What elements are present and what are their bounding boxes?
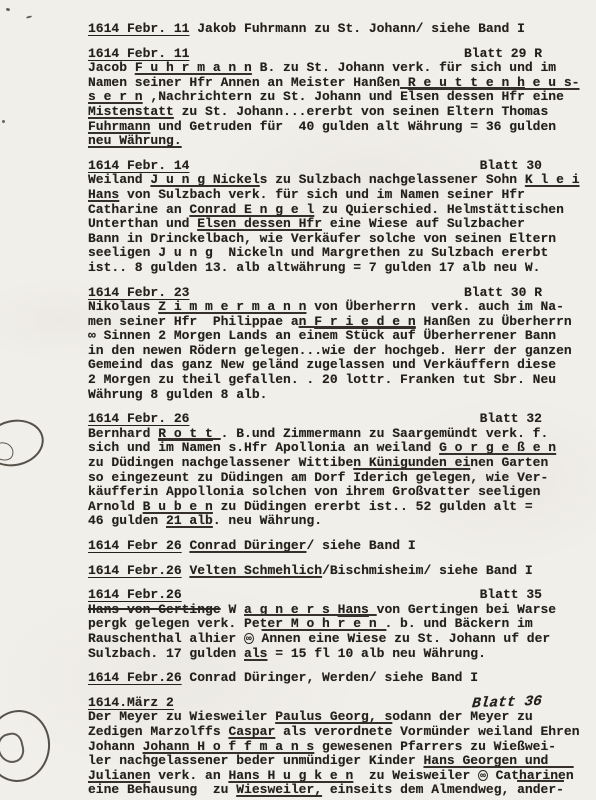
- text-segment: Jacob: [88, 60, 135, 75]
- underlined-text: B u b e n: [143, 499, 213, 514]
- text-segment: sich und: [88, 440, 158, 455]
- register-entry: 1614 Febr.26 Velten Schmehlich/Bischmish…: [88, 564, 578, 579]
- text-segment: Der Meyer zu Wiesweiler: [88, 709, 275, 724]
- underlined-text: K l e i: [525, 172, 580, 187]
- text-segment: = 15 fl 10 alb neu Währung.: [267, 646, 485, 661]
- text-line: Nikolaus Z i m m e r m a n n von Überher…: [88, 300, 578, 315]
- text-line: Jacob F u h r m a n n B. zu St. Johann v…: [88, 61, 578, 76]
- struck-text: Hans von Gertinge: [88, 602, 221, 617]
- text-line: Zedigen Marzolffs Caspar als verordnete …: [88, 725, 578, 740]
- text-line: 46 gulden 21 alb. neu Währung.: [88, 514, 578, 529]
- text-segment: Zedigen Marzolffs: [88, 724, 228, 739]
- text-segment: Gemeind das ganz New geländ zugelassen u…: [88, 357, 556, 372]
- register-entry: 1614 Febr. 11 Jakob Fuhrmann zu St. Joha…: [88, 22, 578, 37]
- text-segment: zu St. Johann...ererbt von seinen Eltern…: [174, 104, 548, 119]
- entry-header: 1614 Febr. 11Blatt 29 R: [88, 47, 578, 62]
- underlined-text: Hans H u g k e n: [228, 768, 353, 783]
- underlined-text: F u h r m a n n: [135, 60, 252, 75]
- text-segment: Peter M o h r e n: [244, 616, 377, 631]
- text-line: so eingezeunt zu Düdingen am Dorf Ideric…: [88, 471, 578, 486]
- text-segment: in den newen Rödern gelegen...wie der ho…: [88, 343, 572, 358]
- document-page: 1614 Febr. 11 Jakob Fuhrmann zu St. Joha…: [0, 0, 596, 800]
- text-line: 1614 Febr 26 Conrad Düringer/ siehe Band…: [88, 539, 578, 554]
- underlined-text: Hans Georgen: [423, 753, 517, 768]
- text-line: pergk gelegen verk. Peter M o h r e n . …: [88, 617, 578, 632]
- entry-header: 1614 Febr. 23Blatt 30 R: [88, 286, 578, 301]
- text-segment: /Bischmisheim/ siehe Band I: [322, 563, 533, 578]
- text-segment: Annen eine Wiese: [262, 631, 387, 646]
- underlined-text: Caspar: [228, 724, 275, 739]
- register-entry: 1614 Febr.26Blatt 35Hans von Gertinge W …: [88, 588, 578, 661]
- text-line: Johann Johann H o f f m a n s gewesenen …: [88, 740, 578, 755]
- entry-date: 1614 Febr. 14: [88, 159, 189, 174]
- blatt-ref: Blatt 30: [480, 159, 542, 174]
- text-segment: Nickels zu Sulzbach nachgelassener Sohn: [205, 172, 525, 187]
- text-segment: einem Stück auf: [299, 328, 416, 343]
- underlined-text: Wiesweiler,: [236, 782, 322, 797]
- underlined-text: Hans: [88, 187, 119, 202]
- register-entry: 1614 Febr. 11Blatt 29 RJacob F u h r m a…: [88, 47, 578, 149]
- text-segment: . neu Währung.: [213, 513, 322, 528]
- text-line: käufferin Appollonia solchen von ihrem G…: [88, 485, 578, 500]
- underlined-text: 1614 Febr 26: [88, 538, 182, 553]
- text-segment: 2 Morgen zu theil gefallen. . 20 lottr. …: [88, 372, 556, 387]
- marriage-symbol: ∞: [478, 770, 488, 781]
- blatt-ref: Blatt 32: [480, 412, 542, 427]
- text-segment: men seiner Hfr Philippae an: [88, 314, 314, 329]
- underlined-text: s e r n: [88, 89, 143, 104]
- register-entry: 1614 Febr.26 Conrad Düringer, Werden/ si…: [88, 671, 578, 686]
- underlined-text: als: [244, 646, 267, 661]
- text-segment: / siehe Band I: [306, 538, 415, 553]
- register-entry: 1614 Febr 26 Conrad Düringer/ siehe Band…: [88, 539, 578, 554]
- blatt-ref: Blatt 35: [480, 588, 542, 603]
- underlined-text: Julianen: [88, 768, 150, 783]
- underlined-text: G o r g e ß e n: [439, 440, 556, 455]
- underlined-text: Velten Schmehlich: [189, 563, 322, 578]
- text-segment: ist.. 8 gulden 13. alb altwährung = 7 gu…: [88, 260, 540, 275]
- text-line: Weiland J u n g Nickels zu Sulzbach nach…: [88, 173, 578, 188]
- text-segment: s.Hfr Apollonia an weiland: [221, 440, 439, 455]
- text-segment: eine Wiese auf Sulzbacher: [322, 216, 525, 231]
- text-line: ∞ Sinnen 2 Morgen Lands an einem Stück a…: [88, 329, 578, 344]
- entries: 1614 Febr. 11 Jakob Fuhrmann zu St. Joha…: [88, 22, 578, 798]
- entry-date: 1614 Febr.26: [88, 588, 182, 603]
- handwritten-margin-mark: [0, 706, 54, 785]
- text-segment: Vormünder weiland Ehren: [392, 724, 579, 739]
- text-segment: . B.und Zimmermann zu Saargemündt verk. …: [213, 426, 548, 441]
- text-line: Fuhrmann und Getruden für 40 gulden alt …: [88, 120, 578, 135]
- text-segment: . für sich und im Namen seiner Hfr: [260, 187, 525, 202]
- underlined-text: Conrad E n g e l: [189, 202, 314, 217]
- underlined-text: J u n g: [150, 172, 205, 187]
- text-line: zu Düdingen nachgelassener Wittiben Küni…: [88, 456, 578, 471]
- text-line: Währung 8 gulden 8 alb.: [88, 388, 578, 403]
- text-segment: von Gertingen bei Warse: [369, 602, 556, 617]
- text-segment: seeligen J u n g Nickeln und Margrethen …: [88, 245, 548, 260]
- text-segment: ,Nachrichtern zu St. Johann und: [143, 89, 400, 104]
- entry-header: 1614.März 2Blatt 36: [88, 696, 578, 711]
- text-segment: Catharinen: [496, 768, 574, 783]
- text-segment: so eingezeunt zu Düdingen am Dorf: [88, 470, 353, 485]
- text-segment: im Namen: [158, 440, 220, 455]
- entry-header: 1614 Febr. 26Blatt 32: [88, 412, 578, 427]
- text-segment: pergk gelegen verk.: [88, 616, 244, 631]
- underlined-text: R o t t: [158, 426, 213, 441]
- text-line: Catharine an Conrad E n g e l zu Quiersc…: [88, 203, 578, 218]
- text-segment: Arnold: [88, 499, 143, 514]
- text-line: Gemeind das ganz New geländ zugelassen u…: [88, 358, 578, 373]
- text-line: neu Währung.: [88, 134, 578, 149]
- text-line: 1614 Febr.26 Conrad Düringer, Werden/ si…: [88, 671, 578, 686]
- text-segment: ∞ Sinnen 2 Morgen Lands an: [88, 328, 299, 343]
- underlined-text: 21 alb: [166, 513, 213, 528]
- text-line: s e r n ,Nachrichtern zu St. Johann und …: [88, 90, 578, 105]
- handwritten-margin-mark: [0, 415, 48, 472]
- text-segment: Rauschenthal alhier: [88, 631, 244, 646]
- underlined-text: Hans: [338, 602, 369, 617]
- text-segment: Bann in Drinckelbach, wie Verkäufer solc…: [88, 231, 556, 246]
- underlined-text: Mistenstatt: [88, 104, 174, 119]
- margin-mark-scribble: [0, 442, 14, 462]
- blatt-ref: Blatt 36: [471, 695, 542, 712]
- entry-date: 1614 Febr. 26: [88, 412, 189, 427]
- underlined-text: Elsen dessen Hfr: [197, 216, 322, 231]
- entry-date: 1614.März 2: [88, 696, 174, 711]
- text-segment: [488, 768, 496, 783]
- text-segment: Jakob Fuhrmann zu St. Johann/ siehe Band…: [189, 21, 524, 36]
- underlined-text: Paulus Georg: [275, 709, 369, 724]
- text-line: Unterthan und Elsen dessen Hfr eine Wies…: [88, 217, 578, 232]
- underlined-text: neu Währung.: [88, 133, 182, 148]
- text-segment: eine Behausung zu: [88, 782, 236, 797]
- text-line: in den newen Rödern gelegen...wie der ho…: [88, 344, 578, 359]
- text-segment: zu Quierschied. Helmstättischen: [314, 202, 564, 217]
- text-segment: . b. und Bäckern im: [377, 616, 533, 631]
- text-segment: einseits dem Almendweg,: [322, 782, 517, 797]
- text-line: Rauschenthal alhier ∞ Annen eine Wiese z…: [88, 632, 578, 647]
- underlined-text: Conrad Düringer: [189, 538, 306, 553]
- text-segment: B. zu St. Johann verk. für sich und im: [252, 60, 556, 75]
- text-line: Sulzbach. 17 gulden als = 15 fl 10 alb n…: [88, 647, 578, 662]
- text-segment: Weiland: [88, 172, 150, 187]
- entry-date: 1614 Febr. 11: [88, 47, 189, 62]
- register-entry: 1614 Febr. 14Blatt 30Weiland J u n g Nic…: [88, 159, 578, 276]
- register-entry: 1614 Febr. 23Blatt 30 RNikolaus Z i m m …: [88, 286, 578, 403]
- text-segment: Unterthan und: [88, 216, 197, 231]
- text-segment: [254, 631, 262, 646]
- underlined-text: Johann H o f f m a n s: [143, 739, 315, 754]
- ink-speck: [2, 120, 5, 123]
- text-segment: Bernhard: [88, 426, 158, 441]
- text-segment: Namen seiner Hfr Annen an Meister Hanßen: [88, 75, 408, 90]
- marriage-symbol: ∞: [244, 633, 254, 644]
- text-segment: , sodann der Meyer zu: [369, 709, 533, 724]
- text-segment: , wie Ver-: [470, 470, 548, 485]
- text-line: ist.. 8 gulden 13. alb altwährung = 7 gu…: [88, 261, 578, 276]
- text-line: sich und im Namen s.Hfr Apollonia an wei…: [88, 441, 578, 456]
- text-segment: zu Düdingen ererbt ist.. 52 gulden alt =: [213, 499, 533, 514]
- text-line: eine Behausung zu Wiesweiler, einseits d…: [88, 783, 578, 798]
- text-segment: und: [517, 753, 548, 768]
- text-segment: Überherrener Bann: [416, 328, 556, 343]
- underlined-text: Fuhrmann: [88, 119, 150, 134]
- text-line: Hans von Sulzbach verk. für sich und im …: [88, 188, 578, 203]
- text-segment: Hanßen zu Überherrn: [416, 314, 572, 329]
- text-segment: Catharine an: [88, 202, 189, 217]
- text-line: Der Meyer zu Wiesweiler Paulus Georg, so…: [88, 710, 578, 725]
- register-entry: 1614 Febr. 26Blatt 32Bernhard R o t t . …: [88, 412, 578, 529]
- text-line: ler nachgelassener beder unmündiger Kind…: [88, 754, 578, 769]
- text-segment: Johann: [88, 739, 143, 754]
- underlined-text: R e u t t e n h e u s-: [408, 75, 580, 90]
- text-segment: zu St. Johann uf der: [386, 631, 550, 646]
- text-segment: von: [119, 187, 158, 202]
- margin-mark-scribble: [0, 730, 27, 765]
- underlined-text: Z i m m e r m a n n: [158, 299, 306, 314]
- text-segment: Nikolaus: [88, 299, 158, 314]
- text-segment: Sulzbach verk: [158, 187, 259, 202]
- text-segment: als verordnete: [283, 724, 392, 739]
- entry-header: 1614 Febr. 14Blatt 30: [88, 159, 578, 174]
- text-line: Bann in Drinckelbach, wie Verkäufer solc…: [88, 232, 578, 247]
- ink-speck: [6, 7, 11, 11]
- blatt-ref: Blatt 29 R: [464, 47, 542, 62]
- underlined-text: F r i e d e n: [314, 314, 415, 329]
- text-segment: Iderich gelegen: [353, 470, 470, 485]
- text-line: 2 Morgen zu theil gefallen. . 20 lottr. …: [88, 373, 578, 388]
- text-segment: eine: [525, 89, 564, 104]
- text-segment: zu Düdingen nachgelassener Wittiben Küni…: [88, 455, 548, 470]
- text-line: seeligen J u n g Nickeln und Margrethen …: [88, 246, 578, 261]
- entry-header: 1614 Febr.26Blatt 35: [88, 588, 578, 603]
- text-segment: gewesenen Pfarrers zu Wießwei-: [314, 739, 556, 754]
- text-segment: Conrad Düringer, Werden/ siehe Band I: [182, 670, 478, 685]
- underlined-text: 1614 Febr. 11: [88, 21, 189, 36]
- text-segment: ler nachgelassener beder unmündiger Kind…: [88, 753, 423, 768]
- text-segment: und Getruden für 40 gulden alt Währung =…: [150, 119, 556, 134]
- text-line: 1614 Febr. 11 Jakob Fuhrmann zu St. Joha…: [88, 22, 578, 37]
- text-segment: von Überherrn verk. auch im Na-: [306, 299, 563, 314]
- text-segment: W a g n e r s: [228, 602, 337, 617]
- text-segment: ander-: [517, 782, 564, 797]
- text-segment: käufferin Appollonia solchen von ihrem G…: [88, 484, 540, 499]
- underlined-text: 1614 Febr.26: [88, 563, 182, 578]
- entry-date: 1614 Febr. 23: [88, 286, 189, 301]
- blatt-ref: Blatt 30 R: [464, 286, 542, 301]
- text-segment: 46 gulden: [88, 513, 166, 528]
- register-entry: 1614.März 2Blatt 36Der Meyer zu Wiesweil…: [88, 696, 578, 798]
- text-segment: zu Weisweiler: [353, 768, 478, 783]
- text-segment: verk. an: [150, 768, 228, 783]
- text-line: Arnold B u b e n zu Düdingen ererbt ist.…: [88, 500, 578, 515]
- text-segment: Sulzbach. 17 gulden: [88, 646, 244, 661]
- text-segment: Elsen dessen Hfr: [400, 89, 525, 104]
- text-line: 1614 Febr.26 Velten Schmehlich/Bischmish…: [88, 564, 578, 579]
- text-segment: [275, 724, 283, 739]
- text-line: Mistenstatt zu St. Johann...ererbt von s…: [88, 105, 578, 120]
- ink-speck: [26, 15, 32, 18]
- underlined-text: 1614 Febr.26: [88, 670, 182, 685]
- text-segment: Währung 8 gulden 8 alb.: [88, 387, 267, 402]
